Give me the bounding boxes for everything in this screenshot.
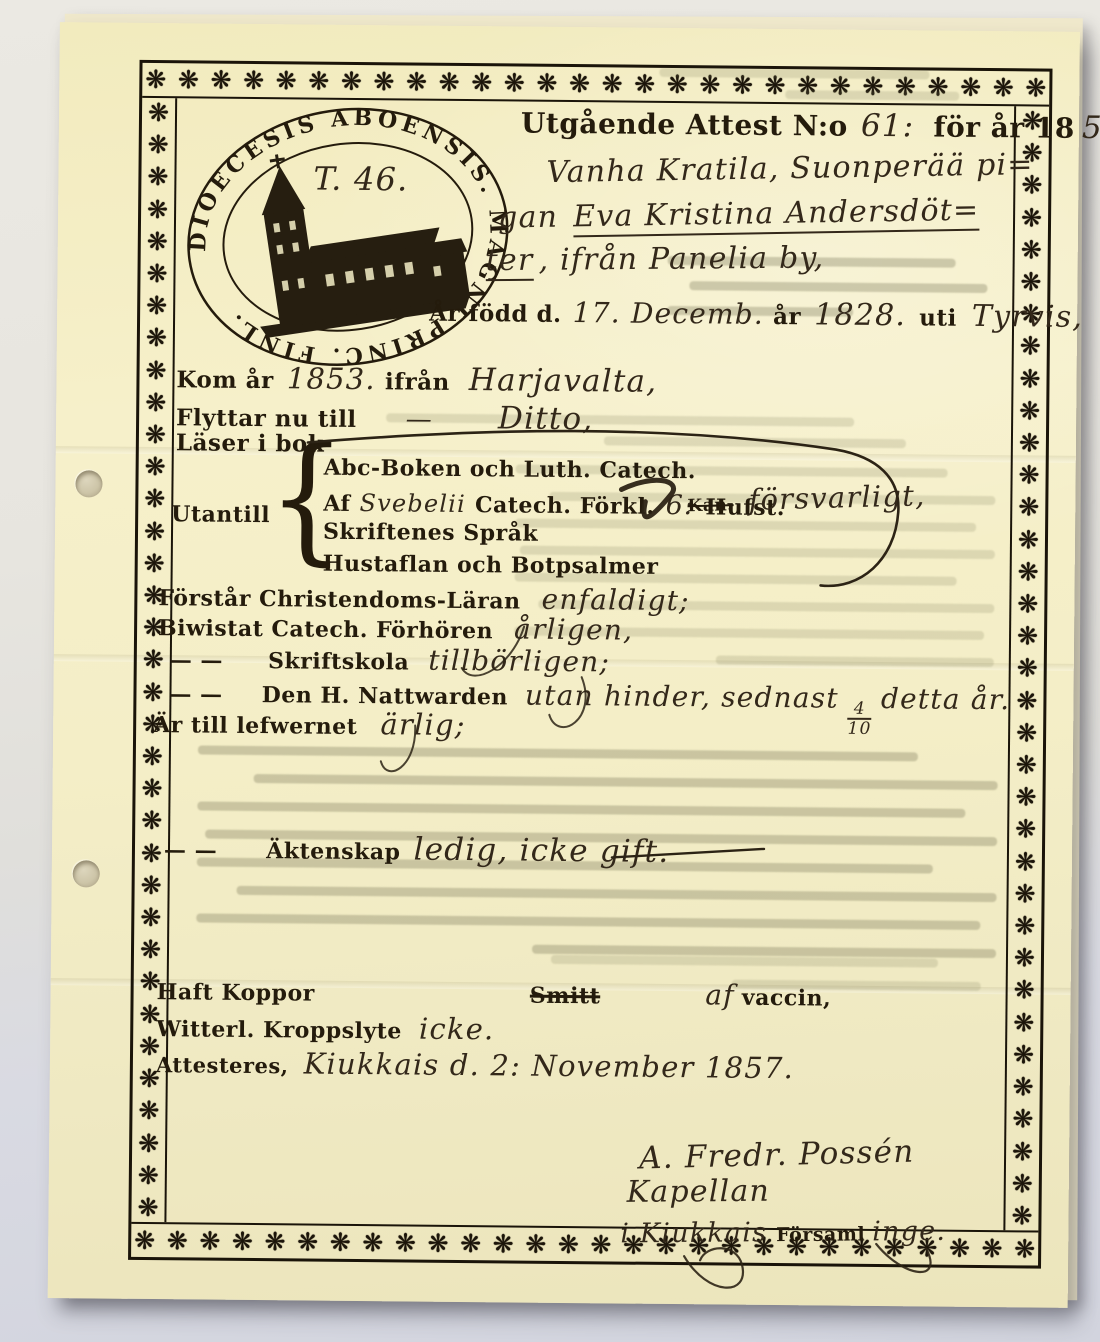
rosette-icon: ❋ <box>144 551 165 576</box>
punch-hole <box>75 470 102 497</box>
utantill-item-4: Hustaflan och Botpsalmer <box>323 551 659 580</box>
border-rosette-column-right: ❋❋❋❋❋❋❋❋❋❋❋❋❋❋❋❋❋❋❋❋❋❋❋❋❋❋❋❋❋❋❋❋❋❋❋ <box>1003 106 1049 1230</box>
rosette-icon: ❋ <box>1018 559 1039 584</box>
rosette-icon: ❋ <box>993 75 1014 100</box>
rosette-icon: ❋ <box>602 71 623 96</box>
addressee-name-underlined: Eva Kristina Andersdöt= <box>573 193 980 238</box>
rosette-icon: ❋ <box>1012 1139 1033 1164</box>
arrived-from-label: ifrån <box>385 368 450 396</box>
rosette-icon: ❋ <box>1017 624 1038 649</box>
arrived-from-place: Harjavalta, <box>469 362 658 400</box>
signature-parish-printed: Församl <box>776 1223 865 1246</box>
rosette-icon: ❋ <box>960 75 981 100</box>
marriage-label: Äktenskap <box>266 838 400 865</box>
document-photo: ❋❋❋❋❋❋❋❋❋❋❋❋❋❋❋❋❋❋❋❋❋❋❋❋❋❋❋❋ ❋❋❋❋❋❋❋❋❋❋❋… <box>0 0 1100 1342</box>
addressee-origin: , ifrån Panelia by, <box>538 241 824 278</box>
rosette-icon: ❋ <box>1012 1107 1033 1132</box>
attest-number: 61: <box>861 108 915 145</box>
rosette-icon: ❋ <box>1018 527 1039 552</box>
smallpox-label: Haft Koppor <box>156 979 314 1007</box>
rosette-icon: ❋ <box>330 1230 351 1255</box>
rosette-icon: ❋ <box>525 1232 546 1257</box>
bodily-defect-value: icke. <box>419 1012 495 1047</box>
rosette-icon: ❋ <box>145 454 166 479</box>
smallpox-struck-option: Smitt <box>530 983 601 1010</box>
signature-title: Kapellan <box>627 1174 771 1210</box>
attested-place-date: Kiukkais d. 2: November 1857. <box>304 1046 795 1085</box>
rosette-icon: ❋ <box>297 1229 318 1254</box>
seal-number: T. 46. <box>313 160 408 199</box>
attest-year-label: för år 18 <box>933 110 1075 144</box>
rosette-icon: ❋ <box>142 680 163 705</box>
reads-in-book-label: Läser i bok <box>176 429 325 457</box>
rosette-icon: ❋ <box>1013 1010 1034 1035</box>
attest-title: Utgående Attest N:o <box>521 107 848 143</box>
rosette-icon: ❋ <box>140 905 161 930</box>
rosette-icon: ❋ <box>634 72 655 97</box>
signature-name: A. Fredr. Possén <box>639 1134 915 1177</box>
rosette-icon: ❋ <box>145 422 166 447</box>
rosette-icon: ❋ <box>1015 785 1036 810</box>
utantill-item-2-hand-book: Svebelii <box>359 489 466 518</box>
arrived-label: Kom år <box>176 366 273 394</box>
rosette-icon: ❋ <box>1018 495 1039 520</box>
utantill-grade: försvarligt, <box>748 478 926 516</box>
communion-value-b: detta år. <box>881 682 1011 716</box>
born-place-label: uti <box>919 304 957 331</box>
rosette-icon: ❋ <box>147 164 168 189</box>
rosette-icon: ❋ <box>146 293 167 318</box>
rosette-icon: ❋ <box>141 808 162 833</box>
rosette-icon: ❋ <box>147 229 168 254</box>
addressee-line-3: ter , ifrån Panelia by, <box>486 241 825 279</box>
rosette-icon: ❋ <box>1019 430 1040 455</box>
rosette-icon: ❋ <box>493 1231 514 1256</box>
rosette-icon: ❋ <box>142 744 163 769</box>
attested-label: Attesteres, <box>156 1052 289 1078</box>
rosette-icon: ❋ <box>1013 1074 1034 1099</box>
rosette-icon: ❋ <box>264 1229 285 1254</box>
rosette-icon: ❋ <box>982 1236 1003 1261</box>
smallpox-vaccin: vaccin, <box>742 985 832 1012</box>
rosette-icon: ❋ <box>427 1231 448 1256</box>
rosette-icon: ❋ <box>145 390 166 415</box>
communion-date-fraction: 4 10 <box>847 701 871 738</box>
rosette-icon: ❋ <box>1014 978 1035 1003</box>
rosette-icon: ❋ <box>1025 75 1046 100</box>
rosette-icon: ❋ <box>145 67 166 92</box>
rosette-icon: ❋ <box>144 519 165 544</box>
bleedthrough-text <box>659 68 959 101</box>
attended-exams-label: Biwistat Catech. Förhören <box>158 615 493 644</box>
rosette-icon: ❋ <box>1014 881 1035 906</box>
rosette-icon: ❋ <box>138 1163 159 1188</box>
addressee-name-continued: ter <box>486 243 534 281</box>
diocese-seal: DIOECESIS ABOENSIS. MAGNI PRINC. FINL. <box>178 89 517 384</box>
rosette-icon: ❋ <box>137 1195 158 1220</box>
rosette-icon: ❋ <box>144 486 165 511</box>
rosette-icon: ❋ <box>1015 817 1036 842</box>
rosette-icon: ❋ <box>1020 334 1041 359</box>
confirmation-school-value: tillbörligen; <box>428 644 610 679</box>
ditto-dashes: — — <box>169 681 222 708</box>
smallpox-hand: af <box>705 978 735 1011</box>
punch-hole <box>73 860 100 887</box>
conduct-value: ärlig; <box>380 707 466 742</box>
rosette-icon: ❋ <box>146 261 167 286</box>
attest-year-value: 57. <box>1082 110 1100 147</box>
confirmation-school-label: Skriftskola <box>268 648 409 675</box>
conduct-label: Är till lefwernet <box>153 712 357 740</box>
marriage-value: ledig, icke gift. <box>413 832 669 870</box>
signature-parish-hand: inge. <box>872 1216 946 1248</box>
rosette-icon: ❋ <box>1017 656 1038 681</box>
born-year-label: år <box>773 303 801 330</box>
rosette-icon: ❋ <box>1014 913 1035 938</box>
rosette-icon: ❋ <box>949 1236 970 1261</box>
rosette-icon: ❋ <box>1016 688 1037 713</box>
rosette-icon: ❋ <box>138 1130 159 1155</box>
rosette-icon: ❋ <box>536 71 557 96</box>
rosette-icon: ❋ <box>141 841 162 866</box>
rosette-icon: ❋ <box>558 1232 579 1257</box>
utantill-item-1: Abc-Boken och Luth. Catech. <box>324 455 697 485</box>
rosette-icon: ❋ <box>147 197 168 222</box>
born-date: 17. Decemb. <box>573 296 765 331</box>
rosette-icon: ❋ <box>148 100 169 125</box>
rosette-icon: ❋ <box>134 1228 155 1253</box>
certificate-paper: ❋❋❋❋❋❋❋❋❋❋❋❋❋❋❋❋❋❋❋❋❋❋❋❋❋❋❋❋ ❋❋❋❋❋❋❋❋❋❋❋… <box>48 22 1080 1308</box>
rosette-icon: ❋ <box>1019 398 1040 423</box>
rosette-icon: ❋ <box>145 358 166 383</box>
rosette-icon: ❋ <box>1013 1042 1034 1067</box>
rosette-icon: ❋ <box>1011 1203 1032 1228</box>
rosette-icon: ❋ <box>1014 946 1035 971</box>
rosette-icon: ❋ <box>1017 591 1038 616</box>
seal-ring-text: DIOECESIS ABOENSIS. MAGNI PRINC. FINL. <box>178 89 517 384</box>
rosette-icon: ❋ <box>146 325 167 350</box>
rosette-icon: ❋ <box>232 1229 253 1254</box>
addressee-line-2: gan Eva Kristina Andersdöt= <box>498 193 980 236</box>
born-year: 1828. <box>814 297 906 333</box>
rosette-icon: ❋ <box>199 1229 220 1254</box>
rosette-icon: ❋ <box>140 937 161 962</box>
rosette-icon: ❋ <box>141 873 162 898</box>
rosette-icon: ❋ <box>395 1230 416 1255</box>
utantill-item-2-print-b: Catech. Förkl. <box>475 492 655 520</box>
rosette-icon: ❋ <box>1021 205 1042 230</box>
rosette-icon: ❋ <box>1021 237 1042 262</box>
rosette-icon: ❋ <box>1016 752 1037 777</box>
attended-exams-value: årligen, <box>514 612 633 646</box>
arrived-year: 1853. <box>287 361 376 396</box>
rosette-icon: ❋ <box>143 647 164 672</box>
utantill-label: Utantill <box>171 501 270 528</box>
rosette-icon: ❋ <box>1019 463 1040 488</box>
moving-to-place: Ditto, <box>498 400 594 437</box>
rosette-icon: ❋ <box>1016 720 1037 745</box>
rosette-icon: ❋ <box>1020 269 1041 294</box>
rosette-icon: ❋ <box>569 71 590 96</box>
moving-to-dash: — <box>406 404 433 434</box>
utantill-item-3: Skriftenes Språk <box>323 519 538 547</box>
signature-parish-prefix: i Kiukkais <box>620 1217 767 1249</box>
signature-parish: i Kiukkais Församl inge. <box>620 1216 946 1250</box>
rosette-icon: ❋ <box>362 1230 383 1255</box>
rosette-icon: ❋ <box>148 132 169 157</box>
addressee-line2-prefix: gan <box>498 200 559 236</box>
rosette-icon: ❋ <box>167 1228 188 1253</box>
ditto-dashes: — — <box>170 647 223 674</box>
rosette-icon: ❋ <box>141 776 162 801</box>
utantill-item-2-print: Af <box>323 491 350 517</box>
rosette-icon: ❋ <box>590 1232 611 1257</box>
utantill-struck-word: Kan. <box>687 495 734 516</box>
born-label: År född d. <box>429 300 562 328</box>
bodily-defect-label: Witterl. Kroppslyte <box>156 1016 402 1044</box>
rosette-icon: ❋ <box>1012 1171 1033 1196</box>
rosette-icon: ❋ <box>1014 1236 1035 1261</box>
born-place: Tyrvis, <box>972 299 1084 335</box>
ditto-dashes: — — <box>164 837 217 864</box>
rosette-icon: ❋ <box>138 1098 159 1123</box>
communion-value: utan hinder, sednast <box>525 679 839 715</box>
rosette-icon: ❋ <box>1019 366 1040 391</box>
rosette-icon: ❋ <box>460 1231 481 1256</box>
rosette-icon: ❋ <box>1015 849 1036 874</box>
